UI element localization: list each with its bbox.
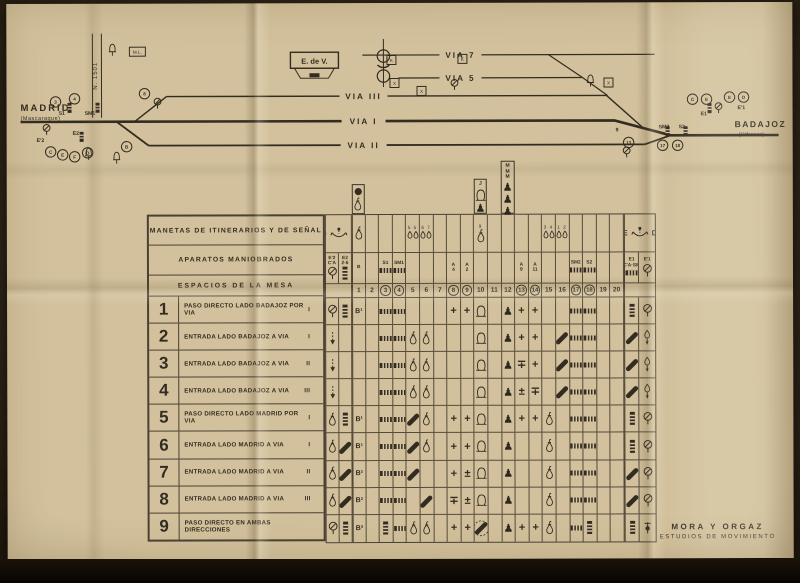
grid-cell <box>488 460 502 487</box>
lever-icon <box>583 360 596 369</box>
grid-cell <box>475 433 489 460</box>
grid-cell <box>516 433 530 460</box>
grid-cell <box>569 215 583 253</box>
grid-cell <box>557 514 571 541</box>
lamp-icon <box>408 331 418 346</box>
plus-mark: + <box>450 306 456 316</box>
grid-cell <box>475 515 489 542</box>
grid-cell <box>570 406 584 433</box>
grid-cell: 13 <box>515 284 529 298</box>
grid-cell <box>393 379 407 406</box>
grid-cell <box>584 514 598 541</box>
lamp-icon <box>327 466 337 481</box>
grid-cell: E22-6 <box>339 253 352 284</box>
grid-cell: B² <box>353 488 367 515</box>
grid-cell: 4 <box>393 284 407 298</box>
disc-signal-icon <box>326 267 337 281</box>
column-number: 1 <box>357 287 361 294</box>
plus-minus-mark: ± <box>465 468 471 478</box>
column-number-circled: 8 <box>448 285 459 296</box>
lever-icon <box>570 306 583 315</box>
grid-cell <box>640 460 656 487</box>
lever-icon <box>379 388 392 397</box>
route-description: ENTRADA LADO MADRID A VIAIII <box>180 486 324 512</box>
lever-icon <box>380 442 393 451</box>
svg-text:S1: S1 <box>59 111 65 117</box>
grid-cell: DE <box>326 215 352 253</box>
grid-cell <box>475 460 489 487</box>
lamp-icon <box>544 412 554 427</box>
route-via: I <box>308 306 310 313</box>
grid-cell <box>488 298 502 325</box>
lever-icon <box>379 334 392 343</box>
signal-mark-circle: E <box>57 150 67 160</box>
signal-mark-circle: 13 <box>623 137 633 147</box>
thrown-lever-icon <box>421 494 434 508</box>
grid-cell <box>529 215 543 253</box>
plus-mark: + <box>464 441 470 451</box>
route-number: 8 <box>150 486 180 512</box>
lamp-icon <box>544 466 554 481</box>
grid-cell <box>379 379 393 406</box>
route-number: 1 <box>149 297 179 323</box>
plus-mark: + <box>519 523 525 533</box>
grid-cell <box>624 460 640 487</box>
grid-row: ♟±∓ <box>326 379 655 407</box>
lever-icon <box>393 361 406 370</box>
grid-cell <box>366 379 380 406</box>
grid-cell <box>515 215 529 253</box>
grid-cell: 8 <box>447 284 461 298</box>
grid-cell: SM1 <box>393 253 407 284</box>
lever-icon <box>583 387 596 396</box>
grid-row: B³++♟++ <box>327 514 656 542</box>
grid-cell: S2 <box>583 252 597 283</box>
grid-cell: + <box>515 406 529 433</box>
signal-mark-circle: C <box>687 94 697 104</box>
svg-text:8: 8 <box>143 91 146 96</box>
grid-cell: A11 <box>529 253 543 284</box>
grid-cell <box>379 352 393 379</box>
signal-mark-disc <box>715 103 722 113</box>
svg-text:F: F <box>73 155 76 160</box>
grid-cell <box>597 514 611 541</box>
grid-cell <box>543 406 557 433</box>
grid-cell <box>543 460 557 487</box>
thrown-lever-icon <box>407 439 420 453</box>
svg-text:3: 3 <box>54 100 57 105</box>
grid-row: B¹++♟ <box>326 433 655 461</box>
grid-cell <box>434 433 448 460</box>
route-row: 9PASO DIRECTO EN AMBAS DIRECCIONES <box>150 513 324 541</box>
grid-cell <box>597 214 611 252</box>
route-description: ENTRADA LADO BADAJOZ A VIAIII <box>179 377 323 403</box>
grid-cell: + <box>515 298 529 325</box>
lamp-pair-icon <box>420 230 433 242</box>
grid-cell: + <box>529 406 543 433</box>
lever-icon <box>570 360 583 369</box>
bell-icon <box>475 359 487 372</box>
grid-cell <box>543 514 557 541</box>
grid-cell <box>542 352 556 379</box>
grid-cell: + <box>529 298 543 325</box>
lamp-icon <box>422 439 432 454</box>
grid-cell <box>366 434 380 461</box>
grid-row: B¹++♟++ <box>326 406 655 434</box>
disc-signal-icon <box>327 521 338 535</box>
minus-plus-mark: ∓ <box>531 387 540 397</box>
pawn-icon: ♟ <box>503 495 513 506</box>
route-number: 6 <box>149 432 179 458</box>
pawn-icon: ♟ <box>503 181 513 192</box>
grid-cell: E'2C'A <box>326 253 339 284</box>
grid-cell <box>556 379 570 406</box>
grid-cell <box>556 325 570 352</box>
routes-header-1: MANETAS DE ITINERARIOS Y DE SEÑAL <box>149 216 323 245</box>
route-description: ENTRADA LADO MADRID A VIAI <box>179 432 323 458</box>
signal-mark-circle: E <box>701 94 711 104</box>
grid-cell <box>380 433 394 460</box>
grid-cell: ∓ <box>529 379 543 406</box>
grid-cell: 18 <box>583 283 597 297</box>
grid-cell <box>326 407 339 434</box>
grid-cell <box>420 253 434 284</box>
grid-cell: 2 <box>366 284 380 298</box>
grid-cell: + <box>516 514 530 541</box>
building-label: E. de V. <box>301 57 327 66</box>
pawn-icon: ♟ <box>503 441 513 452</box>
grid-cell: 5 <box>406 284 420 298</box>
grid-row: B¹++♟++ <box>326 297 655 325</box>
route-via: II <box>306 360 310 367</box>
svg-text:E: E <box>728 95 731 100</box>
plus-mark: + <box>451 468 457 478</box>
grid-cell <box>366 461 380 488</box>
grid-cell: ∓ <box>448 487 462 514</box>
grid-cell <box>420 433 434 460</box>
route-description: PASO DIRECTO EN AMBAS DIRECCIONES <box>180 513 324 540</box>
disc-signal-icon <box>642 439 653 453</box>
lamp-icon <box>422 521 432 536</box>
grid-cell <box>407 406 421 433</box>
signal-mark-circle: 17 <box>657 140 667 150</box>
grid-cell <box>352 325 366 352</box>
grid-cell <box>489 514 503 541</box>
route-number: 2 <box>149 324 179 350</box>
grid-cell <box>610 214 624 252</box>
grid-cell <box>624 433 640 460</box>
lever-icon <box>570 387 583 396</box>
grid-cell: 16 <box>556 284 570 298</box>
grid-cell <box>339 407 352 434</box>
interlocking-grid: DE5 56 793 41 2EDE'2C'AE22-6BS1SM1A4A2A9… <box>325 213 657 543</box>
svg-text:X: X <box>607 80 610 85</box>
grid-cell <box>597 379 611 406</box>
grid-cell: + <box>461 298 475 325</box>
grid-cell: + <box>447 406 461 433</box>
grid-cell <box>640 297 656 324</box>
grid-cell: 7 <box>434 284 448 298</box>
grid-row: 1234567891011121314151617181920 <box>326 283 655 298</box>
signal-mark-bell <box>113 152 120 164</box>
grid-cell: ♟ <box>502 514 516 541</box>
route-row: 4ENTRADA LADO BADAJOZ A VIAIII <box>149 377 323 405</box>
column-number: 20 <box>613 286 620 293</box>
block-label: B² <box>356 470 363 477</box>
vertical-lever-icon <box>586 521 594 535</box>
column-number: 12 <box>504 287 511 294</box>
svg-text:E'1: E'1 <box>738 105 746 111</box>
grid-cell <box>461 379 475 406</box>
vertical-lever-icon <box>628 521 636 535</box>
column-number-circled: 13 <box>516 285 527 296</box>
grid-cell <box>420 325 434 352</box>
credit-station-name: MORA Y ORGAZ <box>638 522 798 531</box>
track-label-via1: VIA I <box>350 117 378 126</box>
signal-mark-bell <box>109 44 116 56</box>
grid-cell <box>640 324 656 351</box>
direction-arrow-icon <box>329 385 336 400</box>
grid-cell: 17 <box>570 284 584 298</box>
pawn-icon: ♟ <box>503 414 513 425</box>
grid-cell <box>529 433 543 460</box>
lamp-icon <box>408 521 418 536</box>
disc-signal-icon <box>327 304 338 318</box>
right-station-name: BADAJOZ <box>735 119 787 129</box>
svg-text:SM1: SM1 <box>85 111 96 117</box>
grid-cell: 14 <box>529 284 543 298</box>
grid-cell: SM2 <box>569 253 583 284</box>
pawn-icon: ♟ <box>475 202 485 213</box>
column-number-circled: 17 <box>571 285 582 296</box>
lever-icon <box>584 496 597 505</box>
svg-text:13: 13 <box>626 140 632 145</box>
column-number: 7 <box>438 287 442 294</box>
apparatus-label: 4 <box>452 268 455 273</box>
grid-cell <box>461 352 475 379</box>
lamp-icon <box>408 358 418 373</box>
signal-mark-box: X <box>417 86 426 95</box>
grid-cell: B¹ <box>352 298 366 325</box>
column-number: 15 <box>545 287 552 294</box>
grid-cell <box>380 488 394 515</box>
svg-text:E1: E1 <box>701 111 707 117</box>
pawn-icon: ♟ <box>503 193 513 204</box>
grid-cell <box>393 488 407 515</box>
bell-icon <box>475 386 487 399</box>
thrown-lever-circled-icon <box>475 520 489 537</box>
grid-row: ♟++ <box>326 324 655 352</box>
svg-text:E: E <box>61 153 64 158</box>
grid-cell <box>366 515 380 542</box>
grid-cell <box>339 379 352 406</box>
grid-cell: ∓ <box>515 352 529 379</box>
disc-signal-icon <box>642 412 653 426</box>
track-label-via3: VIA III <box>345 92 381 101</box>
lever-icon <box>379 266 392 275</box>
column-number-circled: 9 <box>462 285 473 296</box>
block-label: B² <box>356 497 363 504</box>
route-row: 7ENTRADA LADO MADRID A VIAII <box>149 459 323 487</box>
signal-mark-box: M.L. <box>129 47 145 56</box>
lever-icon <box>393 524 406 533</box>
column-number-circled: 3 <box>380 285 391 296</box>
grid-cell <box>542 298 556 325</box>
grid-cell: ♟ <box>502 298 516 325</box>
grid-cell: + <box>448 515 462 542</box>
lever-icon <box>569 266 582 275</box>
both-directions-icon <box>329 227 349 240</box>
grid-cell <box>597 352 611 379</box>
plus-mark: + <box>464 523 470 533</box>
routes-header-3: ESPACIOS DE LA MESA <box>149 275 323 296</box>
paper-sheet: E. de V. VIA 7 VIA 5 VIA III VIA I VIA I… <box>6 2 793 560</box>
grid-cell <box>434 352 448 379</box>
grid-cell: ± <box>515 379 529 406</box>
signal-mark-text: S1 <box>59 111 65 117</box>
signal-mark-circle: F <box>69 152 79 162</box>
grid-cell <box>406 253 420 284</box>
grid-cell <box>584 487 598 514</box>
lever-icon <box>393 307 406 316</box>
lever-icon <box>583 442 596 451</box>
grid-cell <box>380 406 394 433</box>
grid-cell <box>488 253 502 284</box>
block-label: B¹ <box>355 416 362 423</box>
grid-cell <box>556 433 570 460</box>
minus-plus-mark: ∓ <box>517 360 526 370</box>
grid-cell <box>624 379 640 406</box>
grid-cell <box>583 379 597 406</box>
lever-icon <box>393 496 406 505</box>
grid-cell <box>640 352 656 379</box>
thrown-lever-icon <box>556 358 569 372</box>
grid-row: DE5 56 793 41 2ED <box>326 214 655 253</box>
vertical-lever-icon <box>341 267 349 281</box>
distant-signal-icon <box>642 329 652 345</box>
routes-panel: MANETAS DE ITINERARIOS Y DE SEÑAL APARAT… <box>147 214 326 541</box>
grid-cell <box>583 325 597 352</box>
lever-icon <box>570 333 583 342</box>
column-number-circled: 14 <box>530 285 541 296</box>
grid-cell <box>433 253 447 284</box>
post-label: N. 1501 <box>93 62 99 90</box>
apparatus-label: 11 <box>532 268 537 273</box>
credit-subtitle: ESTUDIOS DE MOVIMIENTO <box>638 534 798 540</box>
signal-mark-vlever <box>708 103 712 113</box>
dot-icon <box>354 187 363 196</box>
svg-text:D: D <box>742 95 746 100</box>
grid-cell <box>583 214 597 252</box>
grid-cell <box>434 515 448 542</box>
lamp-icon <box>544 439 554 454</box>
thrown-lever-icon <box>556 385 569 399</box>
grid-cell <box>556 352 570 379</box>
apparatus-label: B <box>357 265 360 270</box>
svg-text:18: 18 <box>675 143 681 148</box>
lever-icon <box>393 266 406 275</box>
thrown-lever-icon <box>407 467 420 481</box>
signal-mark-disc <box>43 125 50 135</box>
column-number: 10 <box>477 287 484 294</box>
end-cell-left: DE <box>326 227 352 240</box>
plus-mark: + <box>451 441 457 451</box>
grid-cell <box>624 283 655 297</box>
grid-cell <box>624 487 640 514</box>
signal-mark-circle: E <box>724 92 734 102</box>
grid-cell <box>366 352 380 379</box>
thrown-lever-icon <box>625 331 639 345</box>
lamp-icon <box>354 226 364 241</box>
lamp-pair-icon <box>542 230 555 242</box>
grid-cell <box>488 487 502 514</box>
route-row: 5PASO DIRECTO LADO MADRID POR VIAI <box>149 405 323 433</box>
grid-cell <box>379 298 393 325</box>
route-via: I <box>308 441 310 448</box>
grid-cell <box>529 460 543 487</box>
grid-cell: 20 <box>610 283 624 297</box>
signal-mark-circle: 4 <box>69 94 79 104</box>
plus-mark: + <box>451 414 457 424</box>
grid-cell <box>406 298 420 325</box>
grid-cell <box>610 252 624 283</box>
lever-icon <box>380 415 393 424</box>
grid-cell <box>501 253 515 284</box>
grid-cell <box>407 488 421 515</box>
svg-text:4: 4 <box>73 97 76 102</box>
lamp-icon <box>421 358 431 373</box>
grid-cell <box>366 325 380 352</box>
grid-cell <box>597 297 611 324</box>
track-label-via2: VIA II <box>348 141 380 150</box>
svg-text:9: 9 <box>616 127 619 133</box>
grid-cell: ♟ <box>502 325 516 352</box>
signal-mark-circle: 18 <box>672 140 682 150</box>
pawn-icon: ♟ <box>503 305 513 316</box>
plus-mark: + <box>532 306 538 316</box>
grid-cell <box>597 252 611 283</box>
grid-cell <box>624 297 640 324</box>
lever-icon <box>380 469 393 478</box>
vertical-lever-icon <box>341 304 349 318</box>
grid-cell <box>475 406 489 433</box>
minus-plus-mark: ∓ <box>449 496 458 506</box>
grid-cell <box>474 298 488 325</box>
lamp-icon <box>476 228 486 243</box>
grid-cell <box>366 406 380 433</box>
grid-cell <box>420 379 434 406</box>
grid-cell <box>326 325 339 352</box>
grid-cell: + <box>529 514 543 541</box>
grid-cell: B¹ <box>352 434 366 461</box>
turnout-via2-left <box>117 122 149 146</box>
station-building: E. de V. <box>290 52 338 78</box>
signal-mark-vlever <box>666 126 670 136</box>
raised-box-letters: MMM <box>505 164 509 181</box>
bell-icon <box>475 467 487 480</box>
grid-cell <box>393 325 407 352</box>
signal-mark-disc <box>623 147 630 157</box>
svg-text:E2: E2 <box>73 131 79 137</box>
grid-cell <box>475 352 489 379</box>
lever-icon <box>583 266 596 275</box>
grid-cell: + <box>515 325 529 352</box>
lever-icon <box>379 361 392 370</box>
lamp-icon <box>327 439 337 454</box>
grid-cell <box>583 406 597 433</box>
column-number-circled: 4 <box>394 285 405 296</box>
grid-cell <box>326 461 339 488</box>
